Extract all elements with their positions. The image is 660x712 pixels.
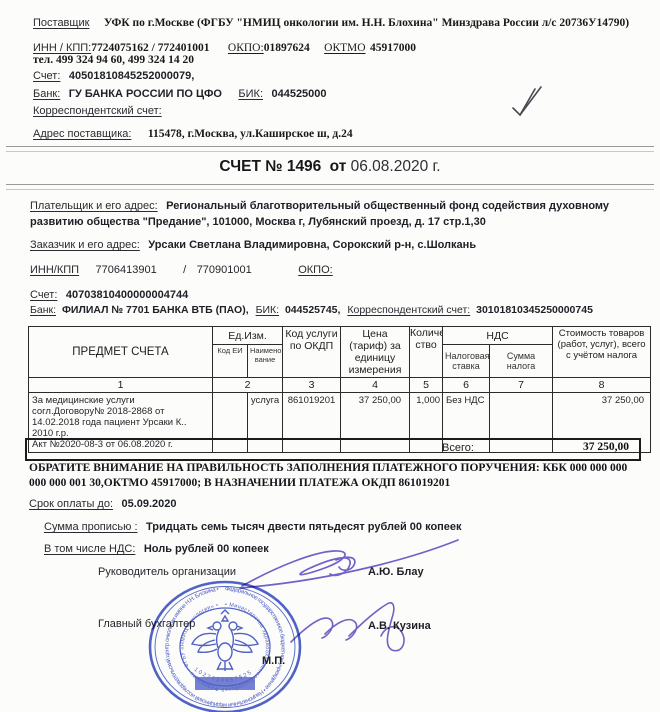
col-num-6: 6 [443, 378, 490, 393]
col-vat-sum-header: Сумма налога [490, 345, 553, 378]
payer-label: Плательщик и его адрес: [30, 200, 158, 212]
amount-words-label: Сумма прописью : [44, 521, 138, 533]
column-numbers-row: 1 2 3 4 5 6 7 8 [29, 378, 651, 393]
notice-line2: 000 000 001 30,ОКТМО 45917000; В НАЗНАЧЕ… [29, 476, 643, 491]
supplier-phone: тел. 499 324 94 60, 499 324 14 20 [33, 54, 194, 66]
supplier-address-line: Адрес поставщика: 115478, г.Москва, ул.К… [33, 124, 353, 142]
payer-value-1: Региональный благотворительный обществен… [166, 200, 609, 212]
col-cost-header: Стоимость товаров (работ, услуг), всего … [553, 327, 651, 378]
invoice-of: от [330, 158, 347, 175]
inn-kpp-label: ИНН / КПП: [33, 42, 91, 54]
bank-label: Банк: [33, 88, 60, 100]
supplier-line: Поставщик УФК по г.Москве (ФГБУ "НМИЦ он… [33, 13, 629, 31]
divider-bottom [6, 184, 654, 190]
col-num-5: 5 [410, 378, 443, 393]
bik-value: 044525000 [271, 88, 326, 100]
customer-label: Заказчик и его адрес: [30, 239, 140, 251]
accountant-signature-icon [283, 592, 423, 670]
invoice-date: 06.08.2020 г. [351, 158, 441, 175]
col-vat-header: НДС [443, 327, 553, 345]
supplier-bank-line: Банк: ГУ БАНКА РОССИИ ПО ЦФО БИК: 044525… [33, 84, 327, 102]
due-value: 05.09.2020 [121, 498, 176, 510]
supplier-value: УФК по г.Москве (ФГБУ "НМИЦ онкологии им… [104, 17, 629, 29]
payer-bank-value: ФИЛИАЛ № 7701 БАНКА ВТБ (ПАО), [62, 304, 249, 316]
okpo-value: 01897624 [264, 42, 310, 54]
oktmo-label: ОКТМО [324, 42, 365, 54]
divider-top [6, 146, 654, 152]
bank-value: ГУ БАНКА РОССИИ ПО ЦФО [69, 88, 222, 100]
payer-corr-value: 30101810345250000745 [476, 304, 593, 316]
inn-kpp-value: 7724075162 / 772401001 [91, 42, 209, 54]
payer-value-2: развитию общества "Предание", 101000, Мо… [30, 215, 645, 231]
col-num-1: 1 [29, 378, 213, 393]
invoice-document: Поставщик УФК по г.Москве (ФГБУ "НМИЦ он… [0, 0, 660, 712]
col-vat-rate-header: Налоговая ставка [443, 345, 490, 378]
notice-line1: ОБРАТИТЕ ВНИМАНИЕ НА ПРАВИЛЬНОСТЬ ЗАПОЛН… [29, 461, 643, 476]
invoice-title: СЧЕТ № 1496 от 06.08.2020 г. [0, 158, 660, 176]
payer-account-label: Счет: [30, 289, 57, 301]
payer-bik-value: 044525745, [285, 304, 340, 316]
col-num-8: 8 [553, 378, 651, 393]
supplier-account-line: Счет: 40501810845252000079, [33, 66, 194, 84]
payer-corr-label: Корреспондентский счет: [347, 304, 470, 316]
col-qty-header: Количе ство [410, 327, 443, 378]
payer-bank-label: Банк: [30, 304, 56, 316]
stamp-bottom-band [195, 677, 255, 690]
mp-label: М.П. [262, 655, 285, 667]
address-label: Адрес поставщика: [33, 128, 131, 140]
eagle-emblem-icon [192, 610, 258, 671]
col-price-header: Цена (тариф) за единицу измерения [341, 327, 410, 378]
pen-checkmark-icon [505, 84, 553, 118]
due-label: Срок оплаты до: [29, 498, 113, 510]
total-value: 37 250,00 [583, 441, 629, 453]
col-unit-header: Ед.Изм. [213, 327, 283, 345]
payer-line: Плательщик и его адрес: Региональный бла… [30, 197, 645, 230]
items-table: ПРЕДМЕТ СЧЕТА Ед.Изм. Код услуги по ОКДП… [28, 326, 651, 453]
col-subject-header: ПРЕДМЕТ СЧЕТА [29, 327, 213, 378]
bik-label: БИК: [238, 88, 263, 100]
director-signature-icon [218, 522, 480, 602]
okpo-label: ОКПО: [228, 42, 264, 54]
col-okdp-header: Код услуги по ОКДП [283, 327, 341, 378]
payment-notice: ОБРАТИТЕ ВНИМАНИЕ НА ПРАВИЛЬНОСТЬ ЗАПОЛН… [29, 461, 643, 490]
payer-inn-sep: / [183, 264, 186, 276]
payer-kpp-value: 770901001 [197, 264, 252, 276]
account-value: 40501810845252000079, [69, 70, 194, 82]
col-unit-code-header: Код ЕИ [213, 345, 248, 378]
customer-value: Урсаки Светлана Владимировна, Сорокский … [148, 239, 476, 251]
supplier-corr-label: Корреспондентский счет: [33, 105, 162, 117]
invoice-number: СЧЕТ № 1496 [219, 158, 321, 175]
customer-line: Заказчик и его адрес: Урсаки Светлана Вл… [30, 235, 476, 253]
total-row: Всего: 37 250,00 [25, 438, 641, 461]
payer-inn-label: ИНН/КПП [30, 264, 79, 276]
description-line1: За медицинские услуги согл.Договору№ 201… [32, 395, 209, 439]
account-label: Счет: [33, 70, 60, 82]
payer-okpo-label: ОКПО: [298, 264, 332, 276]
payer-account-line: Счет: 40703810400000004744 [30, 285, 188, 303]
payer-inn-value: 7706413901 [96, 264, 157, 276]
total-label: Всего: [442, 442, 474, 454]
oktmo-value: 45917000 [370, 42, 416, 54]
col-unit-name-header: Наимено вание [248, 345, 283, 378]
payer-inn-line: ИНН/КПП 7706413901 / 770901001 ОКПО: [30, 260, 333, 278]
vat-words-label: В том числе НДС: [44, 543, 135, 555]
payer-bik-label: БИК: [256, 304, 279, 316]
address-value: 115478, г.Москва, ул.Каширское ш, д.24 [148, 128, 353, 140]
col-num-3: 3 [283, 378, 341, 393]
col-num-2: 2 [213, 378, 283, 393]
col-num-7: 7 [490, 378, 553, 393]
col-num-4: 4 [341, 378, 410, 393]
supplier-label: Поставщик [33, 17, 89, 29]
due-date-line: Срок оплаты до: 05.09.2020 [29, 494, 177, 512]
payer-account-value: 40703810400000004744 [66, 289, 188, 301]
payer-bank-line: Банк: ФИЛИАЛ № 7701 БАНКА ВТБ (ПАО), БИК… [30, 304, 593, 316]
